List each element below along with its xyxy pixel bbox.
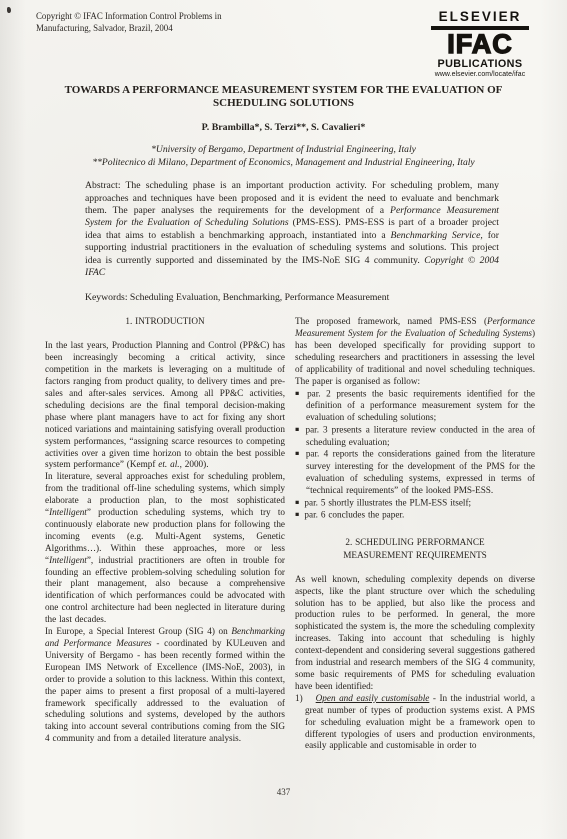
right-column: The proposed framework, named PMS-ESS (P… bbox=[295, 316, 535, 752]
scan-artifact bbox=[7, 7, 11, 13]
list-item-text: par. 5 shortly illustrates the PLM-ESS i… bbox=[304, 497, 471, 507]
list-item-text: par. 2 presents the basic requirements i… bbox=[306, 388, 535, 422]
paper-page: Copyright © IFAC Information Control Pro… bbox=[0, 0, 567, 839]
list-item-text: par. 4 reports the considerations gained… bbox=[306, 449, 535, 495]
bullet-icon: ▪ bbox=[295, 498, 304, 506]
section-heading-requirements: 2. SCHEDULING PERFORMANCE MEASUREMENT RE… bbox=[295, 536, 535, 560]
requirement-item-text: Open and easily customisable - In the in… bbox=[305, 693, 535, 751]
page-number: 437 bbox=[0, 787, 567, 797]
requirement-item-1: 1)Open and easily customisable - In the … bbox=[295, 693, 535, 753]
intro-paragraph-1: In the last years, Production Planning a… bbox=[45, 340, 285, 471]
section-heading-requirements-line-2: MEASUREMENT REQUIREMENTS bbox=[295, 549, 535, 561]
publisher-url: www.elsevier.com/locate/ifac bbox=[431, 70, 529, 79]
affiliations: *University of Bergamo, Department of In… bbox=[0, 144, 567, 169]
affiliation-2: **Politecnico di Milano, Department of E… bbox=[0, 157, 567, 170]
section-heading-requirements-line-1: 2. SCHEDULING PERFORMANCE bbox=[295, 536, 535, 548]
section-heading-introduction: 1. INTRODUCTION bbox=[45, 316, 285, 328]
requirement-item-marker: 1) bbox=[295, 693, 316, 703]
copyright-notice: Copyright © IFAC Information Control Pro… bbox=[36, 9, 222, 79]
list-item-text: par. 3 presents a literature review cond… bbox=[306, 425, 536, 447]
copyright-line-1: Copyright © IFAC Information Control Pro… bbox=[36, 11, 222, 23]
page-header: Copyright © IFAC Information Control Pro… bbox=[0, 0, 567, 79]
authors-line: P. Brambilla*, S. Terzi**, S. Cavalieri* bbox=[0, 122, 567, 133]
affiliation-1: *University of Bergamo, Department of In… bbox=[0, 144, 567, 157]
keywords-line: Keywords: Scheduling Evaluation, Benchma… bbox=[85, 292, 507, 303]
paper-title: TOWARDS A PERFORMANCE MEASUREMENT SYSTEM… bbox=[0, 84, 567, 110]
elsevier-ifac-logo: ELSEVIER IFAC PUBLICATIONS www.elsevier.… bbox=[431, 9, 529, 79]
elsevier-logo-text: ELSEVIER bbox=[431, 9, 529, 24]
ifac-logo-text: IFAC bbox=[431, 30, 529, 58]
list-item: ▪par. 4 reports the considerations gaine… bbox=[295, 448, 535, 496]
bullet-icon: ▪ bbox=[295, 510, 304, 518]
list-item: ▪par. 5 shortly illustrates the PLM-ESS … bbox=[295, 497, 535, 509]
list-item-text: par. 6 concludes the paper. bbox=[304, 509, 404, 519]
framework-paragraph: The proposed framework, named PMS-ESS (P… bbox=[295, 316, 535, 387]
left-column: 1. INTRODUCTION In the last years, Produ… bbox=[45, 316, 285, 752]
copyright-line-2: Manufacturing, Salvador, Brazil, 2004 bbox=[36, 23, 222, 35]
list-item: ▪par. 3 presents a literature review con… bbox=[295, 424, 535, 448]
list-item: ▪par. 2 presents the basic requirements … bbox=[295, 388, 535, 424]
list-item: ▪par. 6 concludes the paper. bbox=[295, 509, 535, 521]
two-column-body: 1. INTRODUCTION In the last years, Produ… bbox=[45, 316, 535, 752]
paper-title-line-1: TOWARDS A PERFORMANCE MEASUREMENT SYSTEM… bbox=[0, 84, 567, 97]
bullet-icon: ▪ bbox=[295, 389, 307, 397]
publications-label: PUBLICATIONS bbox=[431, 58, 529, 70]
requirements-paragraph: As well known, scheduling complexity dep… bbox=[295, 574, 535, 693]
intro-paragraph-2: In literature, several approaches exist … bbox=[45, 471, 285, 626]
bullet-icon: ▪ bbox=[295, 425, 306, 433]
abstract-paragraph: Abstract: The scheduling phase is an imp… bbox=[85, 180, 499, 279]
intro-paragraph-3: In Europe, a Special Interest Group (SIG… bbox=[45, 626, 285, 745]
paper-title-line-2: SCHEDULING SOLUTIONS bbox=[0, 97, 567, 110]
bullet-icon: ▪ bbox=[295, 449, 306, 457]
